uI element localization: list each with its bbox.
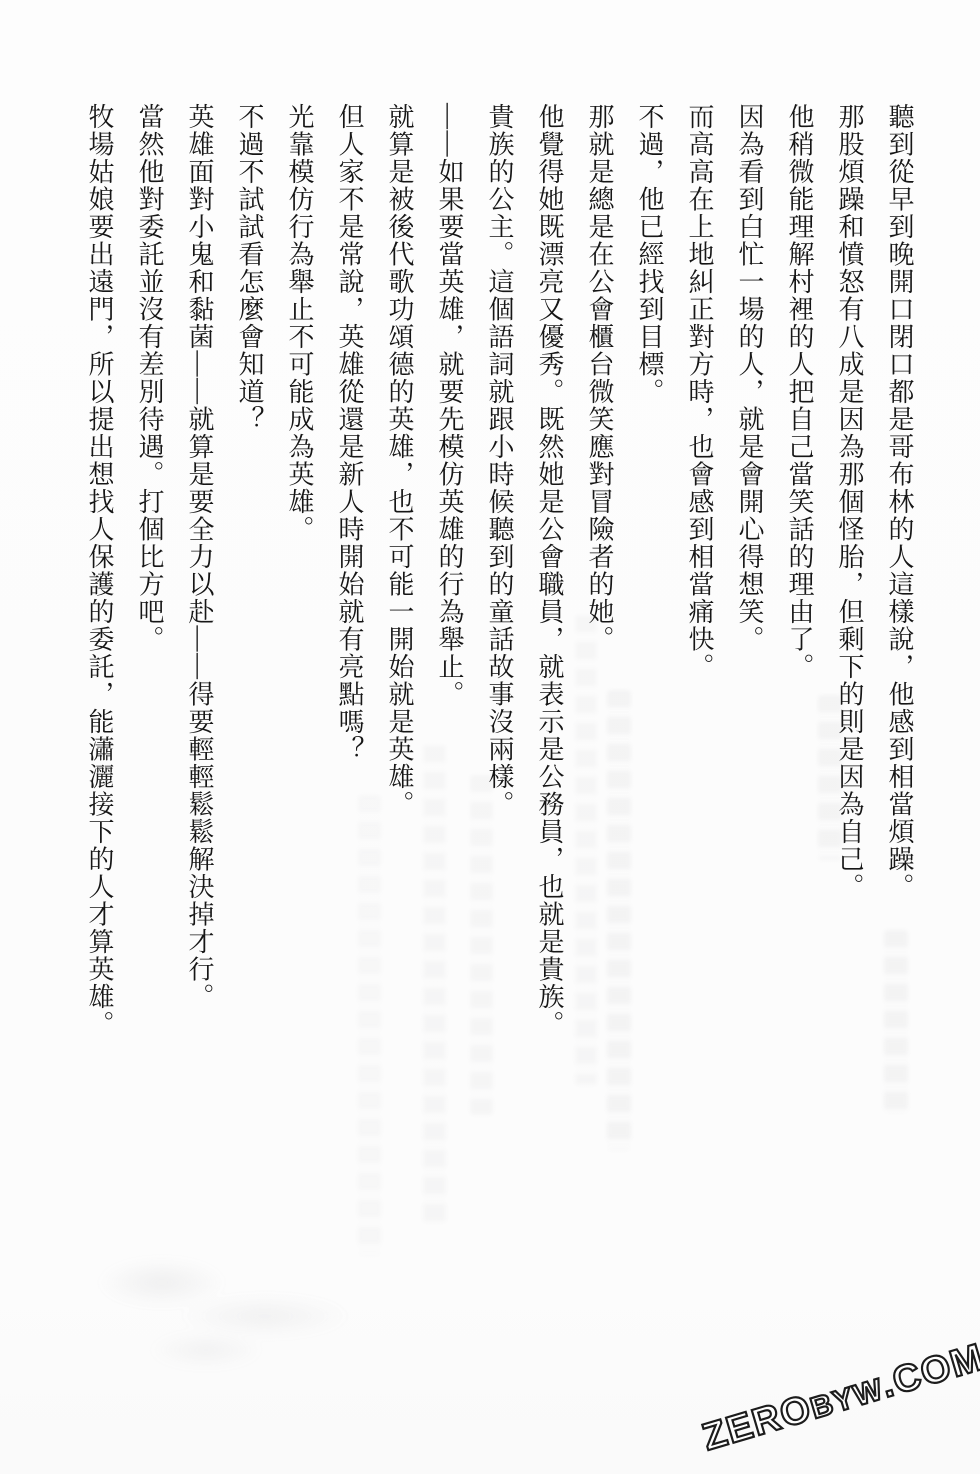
text-column: 而高高在上地糾正對方時，也會感到相當痛快。 bbox=[674, 103, 724, 1208]
bottom-smudge-artifact bbox=[88, 1242, 383, 1377]
text-column: 那就是總是在公會櫃台微笑應對冒險者的她。 bbox=[574, 103, 624, 1208]
text-column: 不過不試試看怎麼會知道？ bbox=[224, 103, 274, 1208]
text-column: 他覺得她既漂亮又優秀。既然她是公會職員，就表示是公務員，也就是貴族。 bbox=[524, 103, 574, 1208]
text-column: 不過，他已經找到目標。 bbox=[624, 103, 674, 1208]
watermark: ZEROBYW.COM bbox=[698, 1336, 980, 1460]
text-column: 光靠模仿行為舉止不可能成為英雄。 bbox=[274, 103, 324, 1208]
text-column: 聽到從早到晚開口閉口都是哥布林的人這樣說，他感到相當煩躁。 bbox=[874, 103, 924, 1208]
text-column: 當然他對委託並沒有差別待遇。打個比方吧。 bbox=[124, 103, 174, 1208]
text-column: 牧場姑娘要出遠門，所以提出想找人保護的委託，能瀟灑接下的人才算英雄。 bbox=[74, 103, 124, 1208]
watermark-part-com: .COM bbox=[876, 1336, 980, 1406]
text-column: 就算是被後代歌功頌德的英雄，也不可能一開始就是英雄。 bbox=[374, 103, 424, 1208]
text-column: ——如果要當英雄，就要先模仿英雄的行為舉止。 bbox=[424, 103, 474, 1208]
text-column: 貴族的公主。這個語詞就跟小時候聽到的童話故事沒兩樣。 bbox=[474, 103, 524, 1208]
watermark-part-zero: ZERO bbox=[698, 1387, 817, 1459]
vertical-text-block: 聽到從早到晚開口閉口都是哥布林的人這樣說，他感到相當煩躁。 那股煩躁和憤怒有八成… bbox=[74, 103, 924, 1208]
scanned-book-page: 聽到從早到晚開口閉口都是哥布林的人這樣說，他感到相當煩躁。 那股煩躁和憤怒有八成… bbox=[0, 0, 980, 1474]
watermark-part-byw: BYW bbox=[807, 1373, 888, 1426]
text-column: 那股煩躁和憤怒有八成是因為那個怪胎，但剩下的則是因為自己。 bbox=[824, 103, 874, 1208]
text-column: 他稍微能理解村裡的人把自己當笑話的理由了。 bbox=[774, 103, 824, 1208]
text-column: 因為看到白忙一場的人，就是會開心得想笑。 bbox=[724, 103, 774, 1208]
text-column: 英雄面對小鬼和黏菌——就算是要全力以赴——得要輕輕鬆鬆解決掉才行。 bbox=[174, 103, 224, 1208]
text-column: 但人家不是常說，英雄從還是新人時開始就有亮點嗎？ bbox=[324, 103, 374, 1208]
